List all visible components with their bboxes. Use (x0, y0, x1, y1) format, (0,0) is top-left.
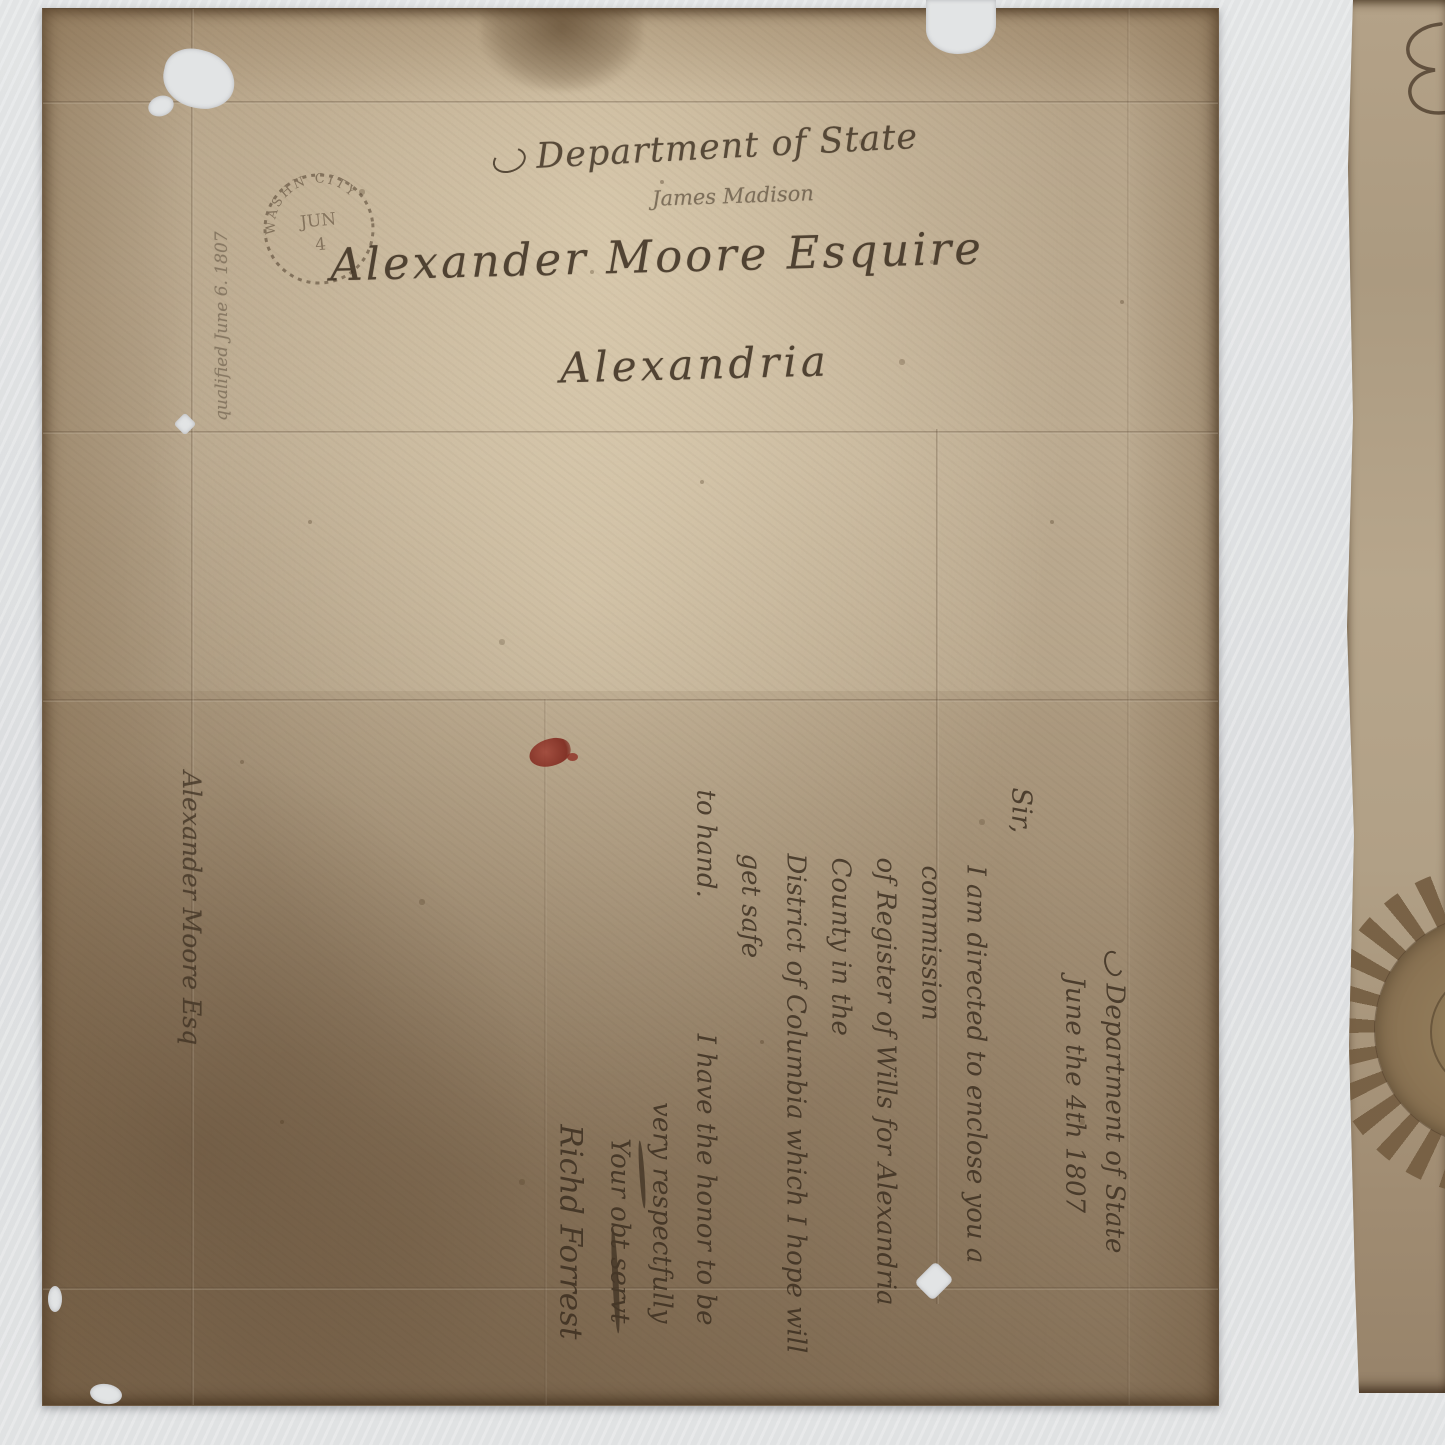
note-closing-line: very respectfully (647, 1102, 677, 1323)
note-dateline-date: June the 4th 1807 (1055, 951, 1095, 1356)
filing-docket: Alexander Moore Esq (170, 771, 206, 1111)
foxing-speckles (43, 9, 45, 11)
pen-flourish-icon (489, 142, 529, 177)
left-fold-shading (43, 9, 195, 1405)
note-signature: Richd Forrest (553, 776, 589, 1340)
postmark-month: JUN (297, 209, 337, 233)
fold-crease-vertical-3 (544, 699, 547, 1405)
paper-tear (48, 1286, 62, 1312)
bottom-left-stain (43, 749, 543, 1406)
postmark-day: 4 (314, 234, 327, 255)
pen-flourish-icon (1101, 948, 1126, 978)
left-edge-docket: qualified June 6. 1807 (212, 181, 238, 421)
note-dateline: Department of State June the 4th 1807 (1055, 951, 1135, 1356)
note-body: I am directed to enclose you a commissio… (728, 776, 998, 1356)
fold-crease-horizontal-2 (43, 431, 1218, 434)
address-city: Alexandria (559, 336, 830, 392)
note-body-line: District of Columbia which I hope will g… (728, 854, 818, 1356)
enclosed-note: Department of State June the 4th 1807 Si… (580, 776, 1145, 1356)
cursive-flourish-icon (1383, 16, 1445, 126)
note-salutation: Sir, (1006, 788, 1037, 1356)
photo-of-historic-letter: { "photo": { "background_color": "#dfe1e… (0, 0, 1445, 1445)
red-wax-fragment (527, 735, 574, 770)
note-dateline-office: Department of State (1100, 984, 1130, 1254)
fold-crease-horizontal-3 (43, 699, 1218, 702)
note-body-line: of Register of Wills for Alexandria Coun… (818, 858, 908, 1356)
fold-crease-vertical-1 (191, 9, 194, 1405)
note-closing-line: Your obt servt (605, 1138, 635, 1323)
red-wax-speck (567, 753, 578, 761)
note-body-end: to hand. (683, 790, 728, 898)
second-document-fragment (1345, 0, 1445, 1393)
note-honor-line: I have the honor to be (683, 1034, 728, 1326)
note-last-row: to hand. I have the honor to be (683, 790, 728, 1326)
wax-seal-residue-stain (481, 8, 643, 91)
